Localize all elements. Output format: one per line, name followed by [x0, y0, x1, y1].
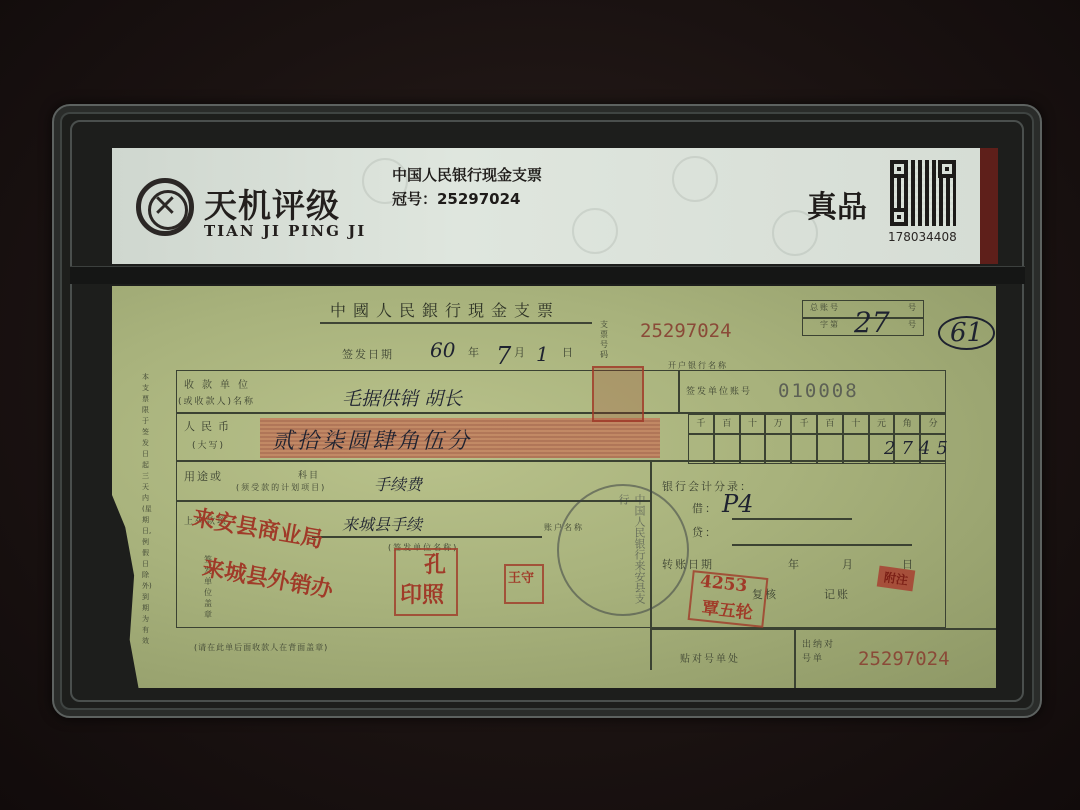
- grid-line: [312, 536, 542, 538]
- transfer-year-char: 年: [788, 556, 801, 572]
- payee-name: 毛据供销 胡长: [342, 384, 462, 411]
- round-stamp-text: 中国人民银行来安县支行: [615, 494, 647, 614]
- grading-label: 天机评级 TIAN JI PING JI 中国人民银行现金支票 冠号：25297…: [112, 148, 980, 264]
- counterfoil-label: 出纳对号单: [802, 638, 842, 666]
- drawer-account-number: 010008: [778, 380, 859, 402]
- check-number: 25297024: [640, 320, 732, 342]
- year-char: 年: [468, 344, 481, 360]
- grid-line: [678, 370, 680, 412]
- title-underline: [320, 322, 592, 324]
- grade-text: 真品: [807, 182, 867, 226]
- month-char: 月: [514, 344, 527, 360]
- red-seal-1: 孔: [424, 548, 446, 579]
- amount-digits: 2745: [884, 438, 954, 459]
- day-char: 日: [562, 344, 575, 360]
- label-red-edge: [980, 148, 998, 264]
- stub-label: 贴对号单处: [680, 650, 740, 665]
- cash-check: 中國人民銀行現金支票 签发日期 60 年 7 月 1 日 支票号码 252970…: [112, 286, 996, 688]
- issue-date-month: 7: [496, 342, 511, 370]
- transfer-month-char: 月: [842, 556, 855, 572]
- grid-line: [732, 518, 852, 520]
- debit-value: P4: [722, 490, 753, 518]
- purpose-label: 用途或: [184, 468, 223, 484]
- currency-sub-label: (大写): [192, 438, 225, 451]
- digit-header: 百: [817, 414, 843, 434]
- digit-header: 分: [920, 414, 946, 434]
- grid-line: [732, 544, 912, 546]
- purpose-value: 手续费: [374, 472, 422, 495]
- red-seal-top: [592, 366, 644, 422]
- digit-header: 十: [740, 414, 766, 434]
- payee-sub-label: (或收款人)名称: [178, 394, 255, 407]
- credit-label: 贷：: [692, 524, 718, 540]
- watermark-icon: [572, 208, 618, 254]
- counterfoil-number: 25297024: [858, 648, 950, 670]
- digit-header: 元: [869, 414, 895, 434]
- issue-date-label: 签发日期: [342, 346, 394, 362]
- qr-code-icon[interactable]: [890, 160, 956, 226]
- issuer-name: 来城县手续: [342, 512, 422, 535]
- circled-note: 61: [938, 316, 995, 350]
- digit-header: 千: [791, 414, 817, 434]
- grid-line: [650, 628, 996, 630]
- item-serial: 冠号：25297024: [392, 188, 521, 209]
- ledger-suffix-1: 号: [908, 302, 918, 313]
- grid-line: [794, 628, 796, 688]
- red-seal-5: 覃五轮: [701, 593, 754, 623]
- bookkeeping-label: 记账: [824, 586, 850, 602]
- footer-note: (请在此单后面收款人在背面盖章): [194, 642, 328, 653]
- amount-in-words: 贰拾柒圆肆角伍分: [272, 424, 472, 455]
- currency-label: 人民币: [184, 418, 235, 434]
- check-number-label: 支票号码: [600, 320, 614, 360]
- left-margin-note: 本支票限于签发日起三天内(星期日,例假日除外)到期为有效: [142, 372, 152, 647]
- ledger-label-2: 字第: [820, 319, 840, 330]
- brand-name-cn: 天机评级: [204, 180, 340, 227]
- digit-header: 百: [714, 414, 740, 434]
- ledger-number: 27: [854, 306, 890, 339]
- ledger-label-1: 总账号: [810, 302, 840, 313]
- debit-label: 借：: [692, 500, 718, 516]
- payee-label: 收款单位: [184, 376, 256, 391]
- purpose-item-label: 科目: [298, 468, 320, 481]
- red-seal-2: 印照: [400, 578, 444, 609]
- digit-header: 千: [688, 414, 714, 434]
- slab-divider: [70, 266, 1025, 284]
- digit-header: 十: [843, 414, 869, 434]
- digit-header: 角: [894, 414, 920, 434]
- ledger-suffix-2: 号: [908, 319, 918, 330]
- bank-round-stamp: 中国人民银行来安县支行: [557, 484, 689, 616]
- drawer-account-label: 签发单位账号: [686, 384, 752, 397]
- red-seal-3: 王守: [508, 572, 540, 586]
- issue-date-year: 60: [430, 338, 455, 362]
- issue-date-day: 1: [536, 342, 549, 366]
- brand-name-en: TIAN JI PING JI: [204, 222, 366, 240]
- purpose-sub-label: (须受款的计划项目): [236, 482, 326, 493]
- digit-header: 万: [765, 414, 791, 434]
- watermark-icon: [672, 156, 718, 202]
- check-title: 中國人民銀行現金支票: [330, 298, 560, 321]
- item-title: 中国人民银行现金支票: [392, 164, 542, 185]
- cert-number: 178034408: [888, 230, 957, 244]
- tianji-logo-icon: [136, 178, 194, 236]
